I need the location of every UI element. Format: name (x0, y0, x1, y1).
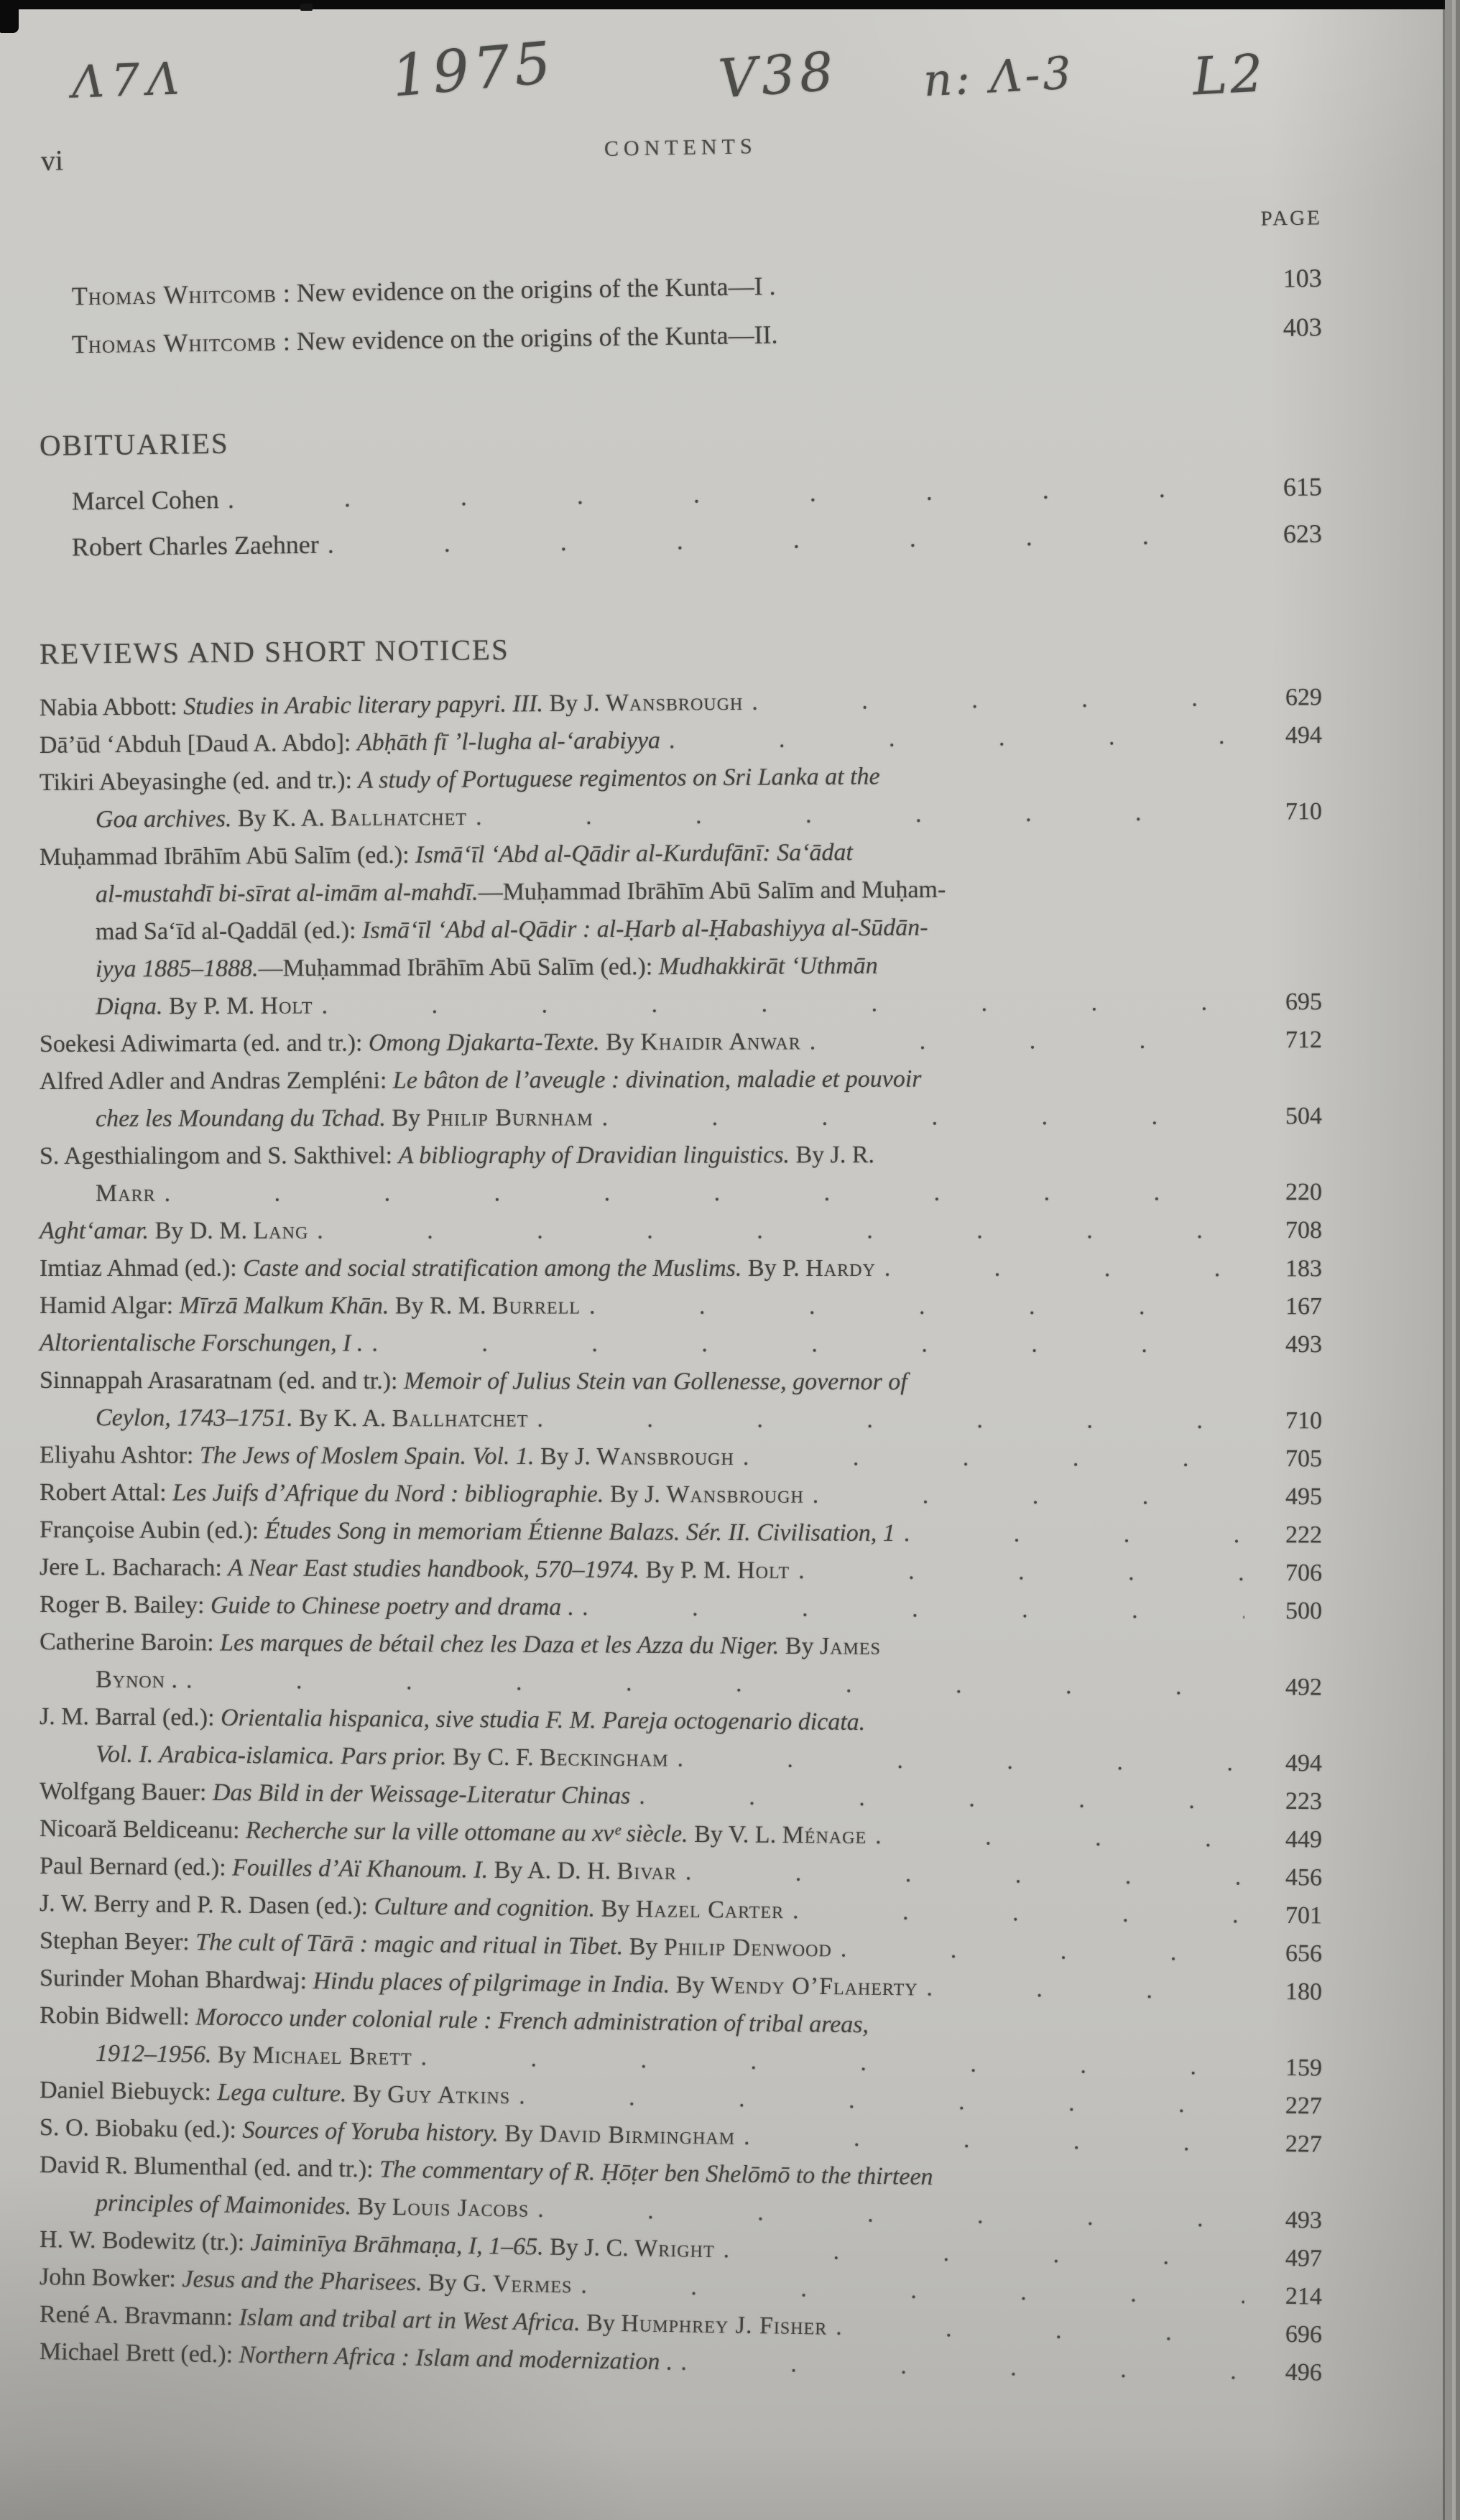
leader-dots (841, 1930, 1245, 1972)
leader-dots (327, 511, 1244, 568)
page-column-label: PAGE (40, 206, 1322, 250)
toc-line: Ceylon, 1743–1751. By K. A. Ballhatchet7… (40, 1399, 1322, 1440)
toc-line-text: Dā’ūd ‘Abduh [Daud A. Abdo]: Abḥāth fī ’… (40, 722, 660, 764)
toc-line-text: Vol. I. Arabica-islamica. Pars prior. By… (96, 1736, 669, 1778)
entry-page-number: 710 (1256, 793, 1322, 831)
leader-dots (743, 1439, 1244, 1478)
leader-dots (744, 2118, 1245, 2162)
scan-top-small-mark (300, 4, 313, 11)
toc-line: Robert Attal: Les Juifs d’Afrique du Nor… (40, 1474, 1322, 1516)
leader-dots (810, 1022, 1244, 1060)
leader-dots (813, 1477, 1244, 1516)
reviews-section: REVIEWS AND SHORT NOTICES Nabia Abbott: … (40, 636, 1322, 2371)
entry-page-number: 494 (1256, 717, 1322, 755)
toc-line-text: iyya 1885–1888.—Muḥammad Ibrāhīm Abū Sal… (96, 948, 878, 988)
leader-dots (371, 1325, 1244, 1363)
entry-page-number: 495 (1256, 1478, 1322, 1516)
handwritten-mark-year: 1975 (389, 29, 558, 109)
leader-dots (793, 1892, 1244, 1934)
entry-page-number: 504 (1256, 1098, 1322, 1135)
entry-page-number: 701 (1256, 1897, 1323, 1935)
toc-line-text: Alfred Adler and Andras Zempléni: Le bât… (40, 1061, 922, 1101)
entry-page-number: 623 (1255, 511, 1322, 557)
articles-list: Thomas Whitcomb : New evidence on the or… (40, 273, 1322, 369)
toc-line-text: principles of Maimonides. By Louis Jacob… (96, 2185, 530, 2228)
leader-dots (602, 1098, 1244, 1136)
toc-line-text: mad Sa‘īd al-Qaddāl (ed.): Ismā‘īl ‘Abd … (96, 909, 928, 951)
toc-line: Jere L. Bacharach: A Near East studies h… (40, 1549, 1322, 1592)
review-entry: Sinnappah Arasaratnam (ed. and tr.): Mem… (40, 1362, 1322, 1437)
book-edge-right (1443, 0, 1460, 2520)
toc-line-text: Daniel Biebuyck: Lega culture. By Guy At… (40, 2072, 511, 2115)
leader-dots (926, 1970, 1244, 2011)
entry-page-number: 222 (1256, 1516, 1322, 1554)
review-entry: Tikiri Abeyasinghe (ed. and tr.): A stud… (40, 764, 1322, 839)
toc-line-text: Robert Charles Zaehner (72, 522, 320, 570)
toc-line: Altorientalische Forschungen, I .493 (40, 1325, 1322, 1363)
handwritten-mark-issues: n: Λ-3 (922, 47, 1075, 107)
toc-line-text: Roger B. Bailey: Guide to Chinese poetry… (40, 1586, 573, 1626)
entry-page-number: 708 (1256, 1212, 1322, 1249)
leader-dots (639, 1778, 1244, 1820)
toc-line: Marr220 (40, 1174, 1322, 1213)
leader-dots (752, 680, 1244, 721)
entry-page-number: 629 (1256, 679, 1322, 717)
entry-page-number: 214 (1255, 2277, 1322, 2315)
obituaries-list: Marcel Cohen615Robert Charles Zaehner623 (40, 478, 1322, 570)
entry-page-number: 656 (1256, 1935, 1323, 1973)
entry-page-number: 710 (1256, 1402, 1322, 1440)
leader-dots (321, 984, 1244, 1025)
toc-line-text: Imtiaz Ahmad (ed.): Caste and social str… (40, 1250, 876, 1287)
toc-line: al-mustahdī bi-sīrat al-imām al-mahdī.—M… (40, 869, 1322, 914)
entry-page-number: 456 (1256, 1859, 1322, 1897)
toc-line-text: Paul Bernard (ed.): Fouilles d’Aï Khanou… (40, 1848, 677, 1891)
review-entry: Alfred Adler and Andras Zempléni: Le bât… (40, 1063, 1322, 1138)
reviews-heading: REVIEWS AND SHORT NOTICES (40, 624, 1322, 671)
entry-page-number: 500 (1256, 1593, 1322, 1630)
entry-page-number: 223 (1256, 1783, 1322, 1821)
leader-dots (537, 1401, 1244, 1440)
review-entry: Françoise Aubin (ed.): Études Song in me… (40, 1511, 1322, 1549)
leader-dots (317, 1212, 1244, 1250)
toc-line-text: Altorientalische Forschungen, I . (40, 1325, 363, 1363)
article-entry: Thomas Whitcomb : New evidence on the or… (40, 321, 1322, 369)
entry-page-number: 103 (1255, 254, 1322, 303)
contents-title: CONTENTS (40, 125, 1322, 171)
scan-top-edge-strip (0, 0, 1460, 9)
toc-line-text: Diqna. By P. M. Holt (96, 988, 313, 1026)
toc-line-text: Catherine Baroin: Les marques de bétail … (40, 1623, 881, 1666)
entry-page-number: 706 (1256, 1555, 1322, 1592)
leader-dots (785, 287, 1244, 294)
toc-line: mad Sa‘īd al-Qaddāl (ed.): Ismā‘īl ‘Abd … (40, 907, 1322, 951)
toc-line: Sinnappah Arasaratnam (ed. and tr.): Mem… (40, 1362, 1322, 1402)
handwritten-mark-shelf: Λ7Λ (71, 52, 187, 108)
toc-line-text: Ceylon, 1743–1751. By K. A. Ballhatchet (96, 1399, 529, 1437)
toc-line-text: J. M. Barral (ed.): Orientalia hispanica… (40, 1698, 866, 1741)
review-entry: Aght‘amar. By D. M. Lang708 (40, 1213, 1322, 1250)
toc-line: chez les Moundang du Tchad. By Philip Bu… (40, 1098, 1322, 1138)
review-entry: J. M. Barral (ed.): Orientalia hispanica… (40, 1698, 1322, 1773)
toc-line: Aght‘amar. By D. M. Lang708 (40, 1212, 1322, 1250)
toc-line-text: S. Agesthialingom and S. Sakthivel: A bi… (40, 1136, 874, 1175)
entry-page-number: 227 (1256, 2087, 1323, 2125)
review-entry: Altorientalische Forschungen, I .493 (40, 1325, 1322, 1362)
leader-dots (476, 794, 1244, 836)
toc-line: Roger B. Bailey: Guide to Chinese poetry… (40, 1586, 1322, 1630)
review-entry: Roger B. Bailey: Guide to Chinese poetry… (40, 1586, 1322, 1623)
toc-line-text: Sinnappah Arasaratnam (ed. and tr.): Mem… (40, 1362, 907, 1401)
entry-page-number: 403 (1255, 303, 1322, 352)
leader-dots (798, 1552, 1244, 1592)
reviews-list: Nabia Abbott: Studies in Arabic literary… (40, 690, 1322, 2371)
toc-line: Soekesi Adiwimarta (ed. and tr.): Omong … (40, 1022, 1322, 1063)
leader-dots (884, 1250, 1244, 1287)
toc-line-text: Thomas Whitcomb : New evidence on the or… (71, 311, 778, 369)
entry-page-number: 695 (1256, 983, 1322, 1021)
entry-page-number: 497 (1255, 2239, 1322, 2277)
leader-dots (836, 2309, 1244, 2353)
obituaries-heading: OBITUARIES (40, 412, 1322, 463)
handwritten-mark-volume: V38 (716, 40, 839, 110)
leader-dots (875, 1817, 1244, 1858)
review-entry: S. Agesthialingom and S. Sakthivel: A bi… (40, 1138, 1322, 1213)
toc-line-text: Marcel Cohen (72, 476, 220, 524)
scanned-page: Λ7Λ 1975 V38 n: Λ-3 L2 vi CONTENTS PAGE … (0, 0, 1460, 2520)
obituaries-section: OBITUARIES Marcel Cohen615Robert Charles… (40, 428, 1322, 570)
entry-page-number: 220 (1256, 1174, 1322, 1211)
toc-line-text: chez les Moundang du Tchad. By Philip Bu… (96, 1099, 593, 1137)
entry-page-number: 705 (1256, 1440, 1322, 1478)
leader-dots (904, 1515, 1244, 1554)
toc-line-text: Muḥammad Ibrāhīm Abū Salīm (ed.): Ismā‘ī… (40, 834, 853, 876)
toc-line-text: Hamid Algar: Mīrzā Malkum Khān. By R. M.… (40, 1287, 581, 1325)
toc-line-text: al-mustahdī bi-sīrat al-imām al-mahdī.—M… (96, 871, 946, 914)
entry-page-number: 180 (1256, 1973, 1323, 2011)
scan-top-left-corner-mark (0, 0, 19, 33)
toc-line-text: Eliyahu Ashtor: The Jews of Moslem Spain… (40, 1437, 734, 1476)
toc-line: iyya 1885–1888.—Muḥammad Ibrāhīm Abū Sal… (40, 945, 1322, 988)
entry-page-number: 183 (1256, 1250, 1322, 1287)
entry-page-number: 159 (1256, 2049, 1323, 2087)
handwritten-mark-location: L2 (1191, 42, 1267, 106)
leader-dots (186, 1662, 1244, 1706)
review-entry: Robert Attal: Les Juifs d’Afrique du Nor… (40, 1474, 1322, 1511)
entry-page-number: 449 (1256, 1821, 1322, 1859)
toc-line: Alfred Adler and Andras Zempléni: Le bât… (40, 1060, 1322, 1101)
leader-dots (685, 1853, 1245, 1896)
leader-dots (165, 1174, 1244, 1213)
leader-dots (787, 337, 1244, 343)
entry-page-number: 227 (1256, 2125, 1323, 2163)
entry-page-number: 496 (1255, 2353, 1322, 2392)
toc-line: Eliyahu Ashtor: The Jews of Moslem Spain… (40, 1437, 1322, 1478)
leader-dots (589, 1288, 1244, 1326)
entry-page-number: 494 (1256, 1745, 1322, 1783)
leader-dots (669, 718, 1244, 759)
toc-line: Diqna. By P. M. Holt695 (40, 983, 1322, 1026)
leader-dots (582, 1589, 1244, 1630)
toc-line: Imtiaz Ahmad (ed.): Caste and social str… (40, 1250, 1322, 1287)
entry-page-number: 167 (1256, 1288, 1322, 1325)
review-entry: Muḥammad Ibrāhīm Abū Salīm (ed.): Ismā‘ī… (40, 839, 1322, 1026)
toc-line-text: Goa archives. By K. A. Ballhatchet (96, 799, 467, 838)
toc-line: Françoise Aubin (ed.): Études Song in me… (40, 1511, 1322, 1554)
entry-page-number: 712 (1256, 1022, 1322, 1059)
review-entry: Eliyahu Ashtor: The Jews of Moslem Spain… (40, 1437, 1322, 1474)
toc-line: Hamid Algar: Mīrzā Malkum Khān. By R. M.… (40, 1287, 1322, 1325)
entry-page-number: 493 (1256, 2201, 1323, 2239)
review-entry: Soekesi Adiwimarta (ed. and tr.): Omong … (40, 1026, 1322, 1063)
toc-line-text: Françoise Aubin (ed.): Études Song in me… (40, 1511, 895, 1552)
toc-line-text: 1912–1956. By Michael Brett (96, 2035, 412, 2076)
toc-line-text: Wolfgang Bauer: Das Bild in der Weissage… (40, 1773, 631, 1815)
review-entry: Imtiaz Ahmad (ed.): Caste and social str… (40, 1250, 1322, 1287)
entry-page-number: 493 (1256, 1326, 1322, 1363)
toc-line-text: Jere L. Bacharach: A Near East studies h… (40, 1549, 790, 1590)
toc-line-text: Tikiri Abeyasinghe (ed. and tr.): A stud… (40, 758, 880, 802)
toc-line-text: Aght‘amar. By D. M. Lang (40, 1213, 308, 1250)
toc-line-text: Soekesi Adiwimarta (ed. and tr.): Omong … (40, 1023, 801, 1063)
entry-page-number: 492 (1256, 1669, 1322, 1707)
toc-line-text: Nabia Abbott: Studies in Arabic literary… (40, 684, 744, 727)
review-entry: Jere L. Bacharach: A Near East studies h… (40, 1549, 1322, 1586)
toc-line-text: Robert Attal: Les Juifs d’Afrique du Nor… (40, 1474, 804, 1514)
toc-line-text: Marr (96, 1175, 156, 1213)
entry-page-number: 696 (1255, 2315, 1322, 2353)
review-entry: Hamid Algar: Mīrzā Malkum Khān. By R. M.… (40, 1287, 1322, 1325)
obituary-entry: Robert Charles Zaehner623 (40, 524, 1322, 570)
leader-dots (677, 1741, 1244, 1782)
toc-line: S. Agesthialingom and S. Sakthivel: A bi… (40, 1136, 1322, 1175)
toc-line-text: Bynon . (96, 1662, 177, 1700)
review-entry: Catherine Baroin: Les marques de bétail … (40, 1623, 1322, 1698)
entry-page-number: 615 (1255, 463, 1322, 510)
